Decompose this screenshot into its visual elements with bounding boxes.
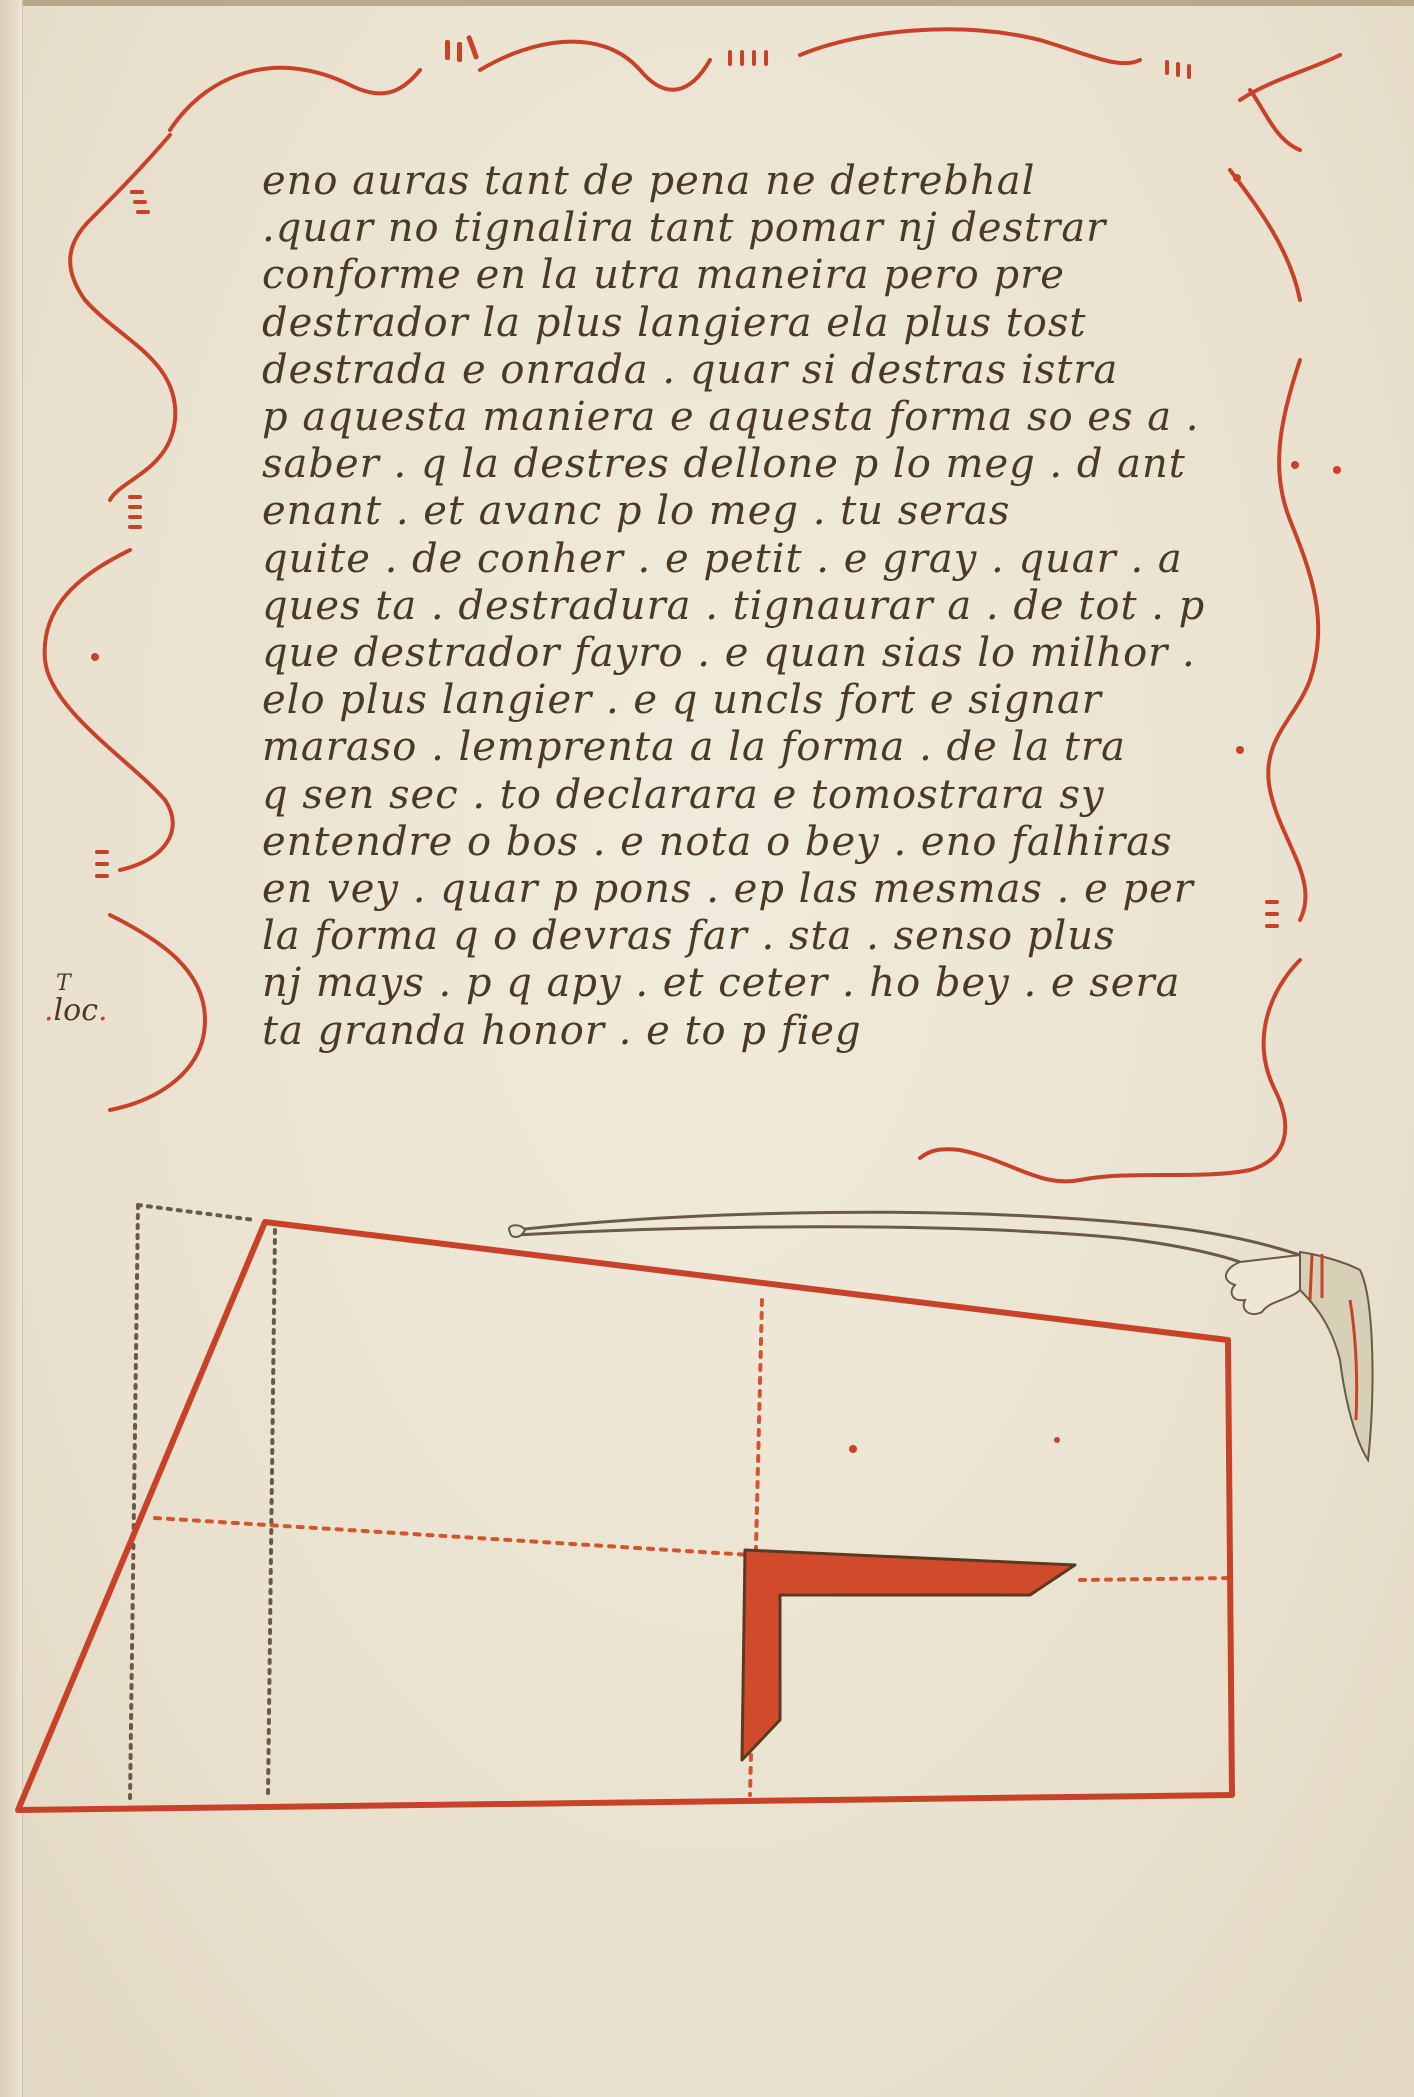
- trapezoid-outline: [18, 1222, 1232, 1810]
- manuscript-page: eno auras tant de pena ne detrebhal .qua…: [0, 0, 1414, 2097]
- pointing-hand-icon: [509, 1212, 1373, 1460]
- geometric-diagram: [0, 0, 1414, 2097]
- red-l-shape: [742, 1550, 1075, 1760]
